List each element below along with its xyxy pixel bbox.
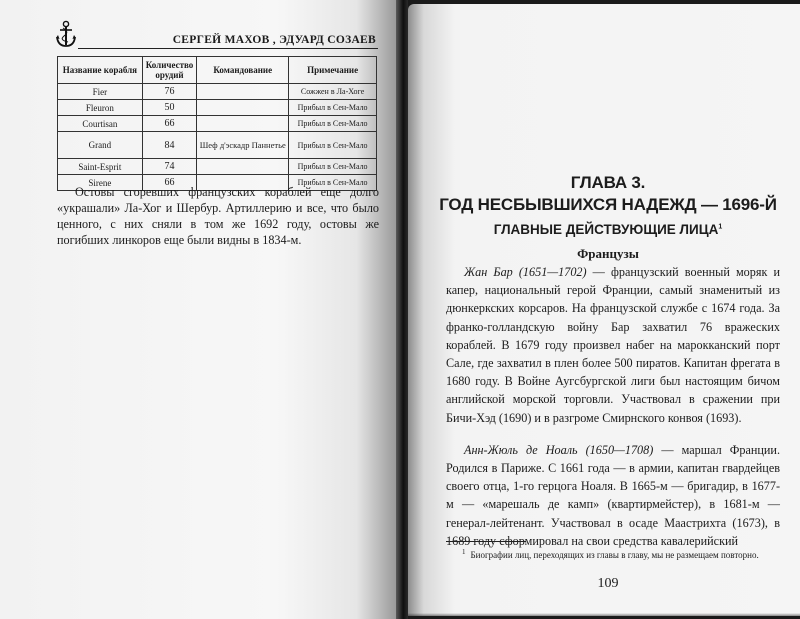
table-row: Courtisan 66 Прибыл в Сен-Мало	[58, 116, 377, 132]
section-heading: Французы	[428, 246, 788, 262]
header-note: Примечание	[289, 57, 377, 84]
chapter-name: ГОД НЕСБЫВШИХСЯ НАДЕЖД — 1696-Й	[428, 194, 788, 216]
command: Шеф д'эскадр Паннетье	[197, 132, 289, 159]
subheading: ГЛАВНЫЕ ДЕЙСТВУЮЩИЕ ЛИЦА1	[428, 222, 788, 237]
footnote-number: 1	[462, 548, 466, 556]
biography-entry: Анн-Жюль де Ноаль (1650—1708) — маршал Ф…	[446, 441, 780, 550]
gun-count: 74	[142, 159, 197, 175]
command	[197, 84, 289, 100]
book-spine	[396, 0, 408, 619]
ship-name: Fier	[58, 84, 143, 100]
footnote-ref: 1	[718, 224, 722, 231]
footnote-rule	[446, 541, 526, 542]
note: Прибыл в Сен-Мало	[289, 159, 377, 175]
gun-count: 50	[142, 100, 197, 116]
gun-count: 76	[142, 84, 197, 100]
anchor-icon	[55, 20, 77, 48]
biography-entry: Жан Бар (1651—1702) — французский военны…	[446, 263, 780, 427]
note: Прибыл в Сен-Мало	[289, 116, 377, 132]
subheading-text: ГЛАВНЫЕ ДЕЙСТВУЮЩИЕ ЛИЦА	[494, 222, 719, 237]
footnote: 1Биографии лиц, переходящих из главы в г…	[446, 546, 780, 562]
running-head-authors: СЕРГЕЙ МАХОВ , ЭДУАРД СОЗАЕВ	[160, 34, 376, 46]
header-gun-count: Количество орудий	[142, 57, 197, 84]
biography-text: — маршал Франции. Родился в Париже. С 16…	[446, 443, 780, 548]
chapter-number: ГЛАВА 3.	[428, 172, 788, 194]
gun-count: 84	[142, 132, 197, 159]
ship-name: Courtisan	[58, 116, 143, 132]
left-body-text: Остовы сгоревших французских кораблей ещ…	[57, 184, 379, 248]
command	[197, 116, 289, 132]
page-number: 109	[428, 576, 788, 592]
header-rule	[78, 48, 378, 49]
ship-name: Grand	[58, 132, 143, 159]
table-row: Grand 84 Шеф д'эскадр Паннетье Прибыл в …	[58, 132, 377, 159]
table-row: Fier 76 Сожжен в Ла-Хоге	[58, 84, 377, 100]
footnote-text: Биографии лиц, переходящих из главы в гл…	[471, 550, 759, 560]
person-name: Анн-Жюль де Ноаль (1650—1708)	[464, 443, 653, 457]
paragraph: Остовы сгоревших французских кораблей ещ…	[57, 184, 379, 248]
ship-name: Saint-Esprit	[58, 159, 143, 175]
header-command: Командование	[197, 57, 289, 84]
table-header-row: Название корабля Количество орудий Коман…	[58, 57, 377, 84]
note: Сожжен в Ла-Хоге	[289, 84, 377, 100]
command	[197, 100, 289, 116]
command	[197, 159, 289, 175]
page-edge-shadow	[408, 613, 800, 619]
table-row: Saint-Esprit 74 Прибыл в Сен-Мало	[58, 159, 377, 175]
note: Прибыл в Сен-Мало	[289, 132, 377, 159]
person-name: Жан Бар (1651—1702)	[464, 265, 587, 279]
note: Прибыл в Сен-Мало	[289, 100, 377, 116]
gun-count: 66	[142, 116, 197, 132]
chapter-title: ГЛАВА 3. ГОД НЕСБЫВШИХСЯ НАДЕЖД — 1696-Й	[428, 172, 788, 216]
ship-name: Fleuron	[58, 100, 143, 116]
right-body-text: Жан Бар (1651—1702) — французский военны…	[446, 263, 780, 550]
header-ship-name: Название корабля	[58, 57, 143, 84]
table-row: Fleuron 50 Прибыл в Сен-Мало	[58, 100, 377, 116]
ships-table: Название корабля Количество орудий Коман…	[57, 56, 377, 191]
biography-text: — французский военный моряк и капер, нац…	[446, 265, 780, 425]
